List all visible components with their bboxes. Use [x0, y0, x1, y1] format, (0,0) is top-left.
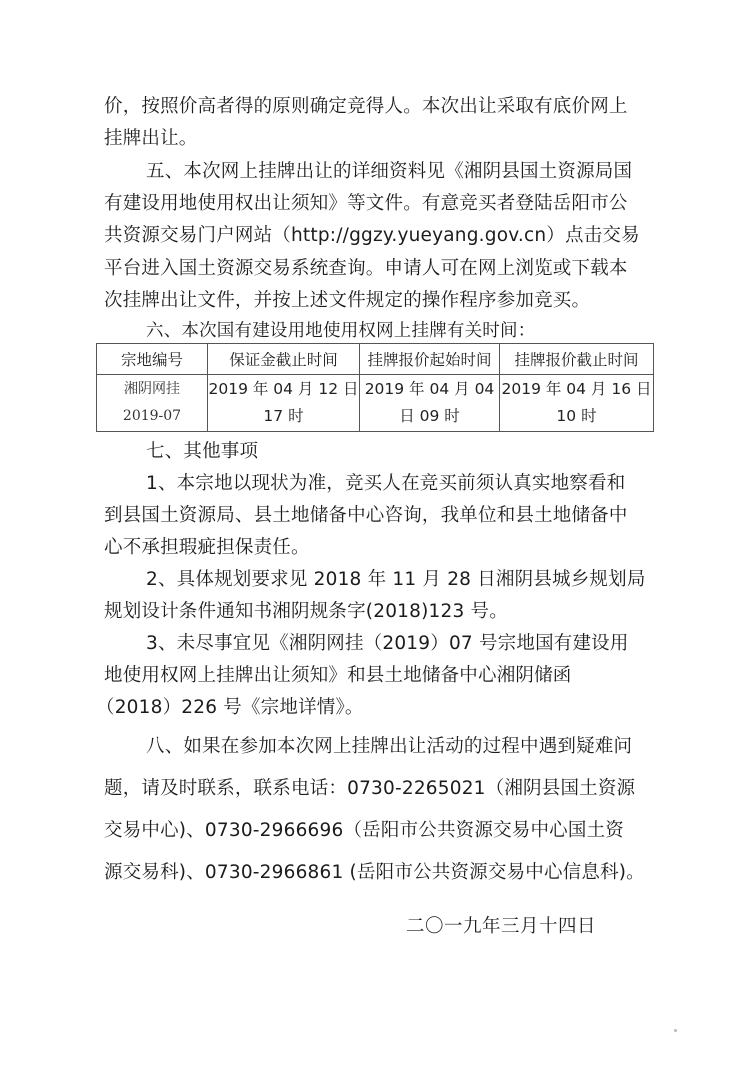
- cell-bid-start: 2019 年 04 月 04 日 09 时: [360, 375, 500, 432]
- section-8-contact-line: 交易中心)、0730-2966696（岳阳市公共资源交易中心国土资: [104, 819, 624, 843]
- schedule-table: 宗地编号 保证金截止时间 挂牌报价起始时间 挂牌报价截止时间 湘阴网挂 2019…: [96, 343, 654, 432]
- section-6-heading: 六、本次国有建设用地使用权网上挂牌有关时间：: [146, 319, 535, 343]
- cell-line: 2019 年 04 月 12 日: [208, 376, 359, 403]
- header-parcel-id: 宗地编号: [97, 344, 208, 375]
- cell-line: 10 时: [500, 403, 653, 430]
- cell-parcel-id: 湘阴网挂 2019-07: [97, 375, 208, 432]
- section-7-3-line: （2018）226 号《宗地详情》。: [96, 696, 364, 720]
- cell-deposit-deadline: 2019 年 04 月 12 日 17 时: [208, 375, 360, 432]
- cell-line: 日 09 时: [360, 403, 499, 430]
- table-row: 湘阴网挂 2019-07 2019 年 04 月 12 日 17 时 2019 …: [97, 375, 654, 432]
- cell-line: 2019 年 04 月 04: [360, 376, 499, 403]
- section-7-2-line: 2、具体规划要求见 2018 年 11 月 28 日湘阴县城乡规划局: [146, 568, 646, 592]
- section-7-1-line: 到县国土资源局、县土地储备中心咨询，我单位和县土地储备中: [104, 504, 628, 528]
- section-8-contact-line: 源交易科)、0730-2966861 (岳阳市公共资源交易中心信息科)。: [104, 861, 645, 885]
- section-5-line: 五、本次网上挂牌出让的详细资料见《湘阴县国土资源局国: [146, 160, 632, 184]
- table-header-row: 宗地编号 保证金截止时间 挂牌报价起始时间 挂牌报价截止时间: [97, 344, 654, 375]
- cell-bid-end: 2019 年 04 月 16 日 10 时: [500, 375, 654, 432]
- section-7-heading: 七、其他事项: [146, 440, 258, 464]
- cell-line: 湘阴网挂: [97, 376, 207, 403]
- section-7-2-line: 规划设计条件通知书湘阴规条字(2018)123 号。: [104, 600, 508, 624]
- text-line: 挂牌出让。: [104, 127, 198, 151]
- cell-line: 2019 年 04 月 16 日: [500, 376, 653, 403]
- section-7-1-line: 心不承担瑕疵担保责任。: [104, 536, 310, 560]
- section-8-line: 八、如果在参加本次网上挂牌出让活动的过程中遇到疑难问: [146, 735, 632, 759]
- section-8-contact-line: 题，请及时联系，联系电话：0730-2265021（湘阴县国土资源: [104, 777, 635, 801]
- header-deposit-deadline: 保证金截止时间: [208, 344, 360, 375]
- section-5-line: 次挂牌出让文件，并按上述文件规定的操作程序参加竞买。: [104, 289, 590, 313]
- section-7-1-line: 1、本宗地以现状为准，竞买人在竞买前须认真实地察看和: [146, 472, 625, 496]
- cell-line: 17 时: [208, 403, 359, 430]
- scan-speck: [674, 1029, 677, 1032]
- section-5-line: 有建设用地使用权出让须知》等文件。有意竞买者登陆岳阳市公: [104, 192, 628, 216]
- section-5-line: 平台进入国土资源交易系统查询。申请人可在网上浏览或下载本: [104, 257, 628, 281]
- header-bid-end: 挂牌报价截止时间: [500, 344, 654, 375]
- section-5-url-line: 共资源交易门户网站（http://ggzy.yueyang.gov.cn）点击交…: [104, 224, 640, 248]
- cell-line: 2019-07: [97, 403, 207, 430]
- signature-date: 二〇一九年三月十四日: [406, 912, 596, 938]
- section-7-3-line: 地使用权网上挂牌出让须知》和县土地储备中心湘阴储函: [104, 664, 572, 688]
- section-7-3-line: 3、未尽事宜见《湘阴网挂（2019）07 号宗地国有建设用: [146, 632, 629, 656]
- text-line: 价，按照价高者得的原则确定竞得人。本次出让采取有底价网上: [104, 95, 628, 119]
- document-page: 价，按照价高者得的原则确定竞得人。本次出让采取有底价网上 挂牌出让。 五、本次网…: [0, 0, 750, 1070]
- header-bid-start: 挂牌报价起始时间: [360, 344, 500, 375]
